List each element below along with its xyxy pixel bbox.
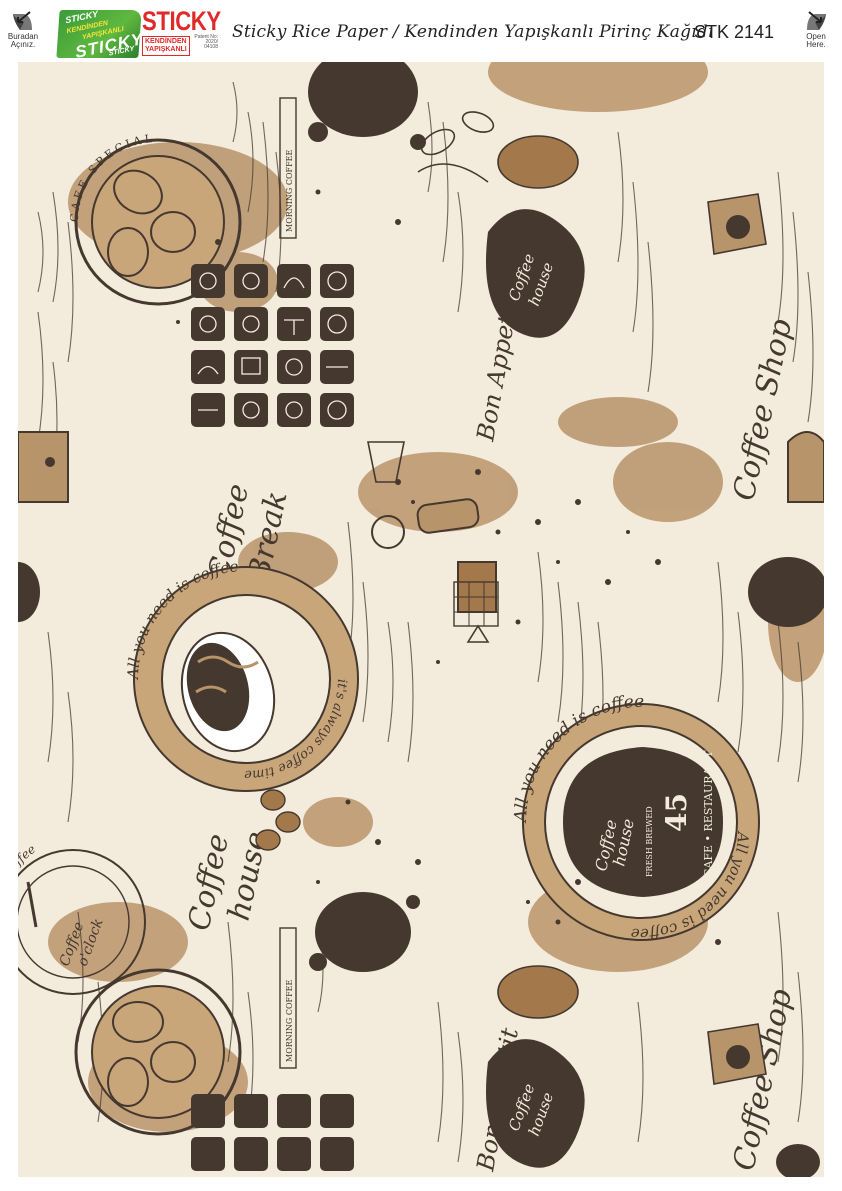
open-label-2: Here.: [796, 41, 836, 49]
coffee-pattern-artwork: CAFE SPECIAL MORNING COFFEE MORNING COFF…: [18, 62, 824, 1177]
coffee-grinder-left: [18, 432, 68, 502]
brand-subtitle: KENDİNDEN YAPIŞKANLI: [142, 36, 190, 56]
product-code: STK 2141: [694, 22, 774, 43]
brand-sub-line: KENDİNDEN: [145, 38, 187, 46]
open-here-right[interactable]: Open Here.: [796, 10, 836, 49]
patent-line: 04108: [194, 45, 218, 50]
brand-logo: STICKY KENDİNDEN YAPIŞKANLI Patent No: 2…: [142, 8, 222, 34]
cafe-restaurant-label: CAFE • RESTAURANT: [702, 750, 715, 877]
header: Buradan Açınız. STICKY KENDİNDEN YAPIŞKA…: [0, 0, 842, 62]
product-title: Sticky Rice Paper / Kendinden Yapışkanlı…: [232, 22, 714, 42]
brand-name: STICKY: [142, 8, 208, 34]
morning-coffee-banner-lower: MORNING COFFEE: [280, 928, 296, 1068]
brand-sub-line: YAPIŞKANLI: [145, 46, 187, 54]
open-here-left[interactable]: Buradan Açınız.: [3, 10, 43, 49]
peel-arrow-icon: [10, 10, 36, 32]
badge-number: 45: [660, 793, 693, 832]
coffee-cup-badge: All you need is coffee it's always coffe…: [124, 557, 358, 791]
fresh-brewed-label: FRESH BREWED: [645, 806, 654, 877]
coffee-bag: [708, 194, 766, 1084]
coffee-icon-grid-bottom: [191, 1094, 354, 1171]
open-label-2: Açınız.: [3, 41, 43, 49]
rice-paper-print: CAFE SPECIAL MORNING COFFEE MORNING COFF…: [18, 62, 824, 1177]
peel-arrow-icon: [803, 10, 829, 32]
coffee-grinder-right: [788, 432, 824, 502]
coffee-beans: [256, 790, 300, 850]
banner-text: MORNING COFFEE: [285, 150, 294, 232]
banner-text: MORNING COFFEE: [285, 980, 294, 1062]
patent-number: Patent No: 2020/ 04108: [194, 35, 218, 50]
sticky-logo-sticker: STICKY KENDİNDEN YAPIŞKANLI STICKY STICK…: [56, 10, 141, 58]
bon-appetit-script: Bon Appetit: [471, 296, 524, 444]
